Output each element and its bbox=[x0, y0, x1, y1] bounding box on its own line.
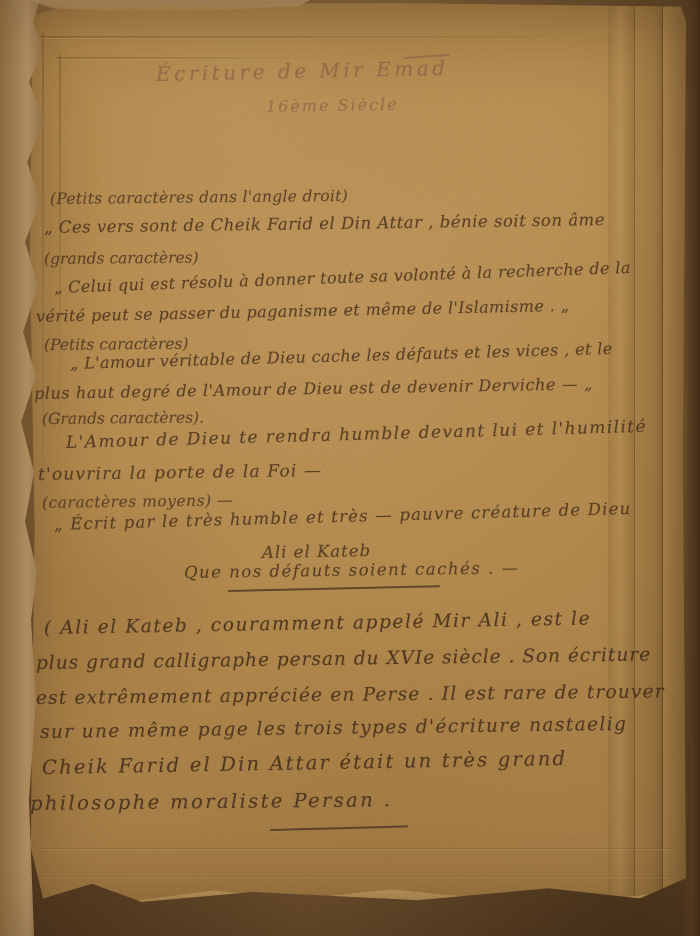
handwritten-line: plus haut degré de l'Amour de Dieu est d… bbox=[34, 374, 593, 403]
handwritten-line: t'ouvrira la porte de la Foi — bbox=[38, 461, 323, 485]
page-subtitle: 16ème Siècle bbox=[266, 95, 399, 116]
handwritten-line: „ Ces vers sont de Cheik Farid el Din At… bbox=[44, 210, 605, 237]
page-title: Écriture de Mir Emad bbox=[156, 56, 449, 86]
handwritten-line: ( Ali el Kateb , couramment appelé Mir A… bbox=[44, 608, 592, 639]
manuscript-photo: Écriture de Mir Emad 16ème Siècle (Petit… bbox=[0, 0, 700, 936]
handwritten-line: (grands caractères) bbox=[44, 249, 199, 268]
handwritten-line: est extrêmement appréciée en Perse . Il … bbox=[36, 681, 665, 709]
signature-line: Ali el Kateb bbox=[262, 541, 371, 562]
ink-flourish bbox=[270, 825, 408, 831]
handwritten-line: plus grand calligraphe persan du XVIe si… bbox=[36, 644, 651, 674]
handwritten-line: (Petits caractères dans l'angle droit) bbox=[50, 187, 348, 208]
handwritten-line: vérité peut se passer du paganisme et mê… bbox=[36, 296, 570, 326]
handwritten-line: (caractères moyens) — bbox=[42, 491, 233, 512]
ink-underline bbox=[228, 585, 440, 592]
handwritten-line: sur une même page les trois types d'écri… bbox=[40, 714, 628, 743]
handwritten-line: (Grands caractères). bbox=[42, 409, 204, 428]
handwritten-line: Que nos défauts soient cachés . — bbox=[184, 558, 520, 582]
handwritten-line: philosophe moraliste Persan . bbox=[30, 788, 393, 815]
handwritten-line: Cheik Farid el Din Attar était un très g… bbox=[42, 747, 568, 779]
handwriting-layer: Écriture de Mir Emad 16ème Siècle (Petit… bbox=[0, 0, 700, 936]
